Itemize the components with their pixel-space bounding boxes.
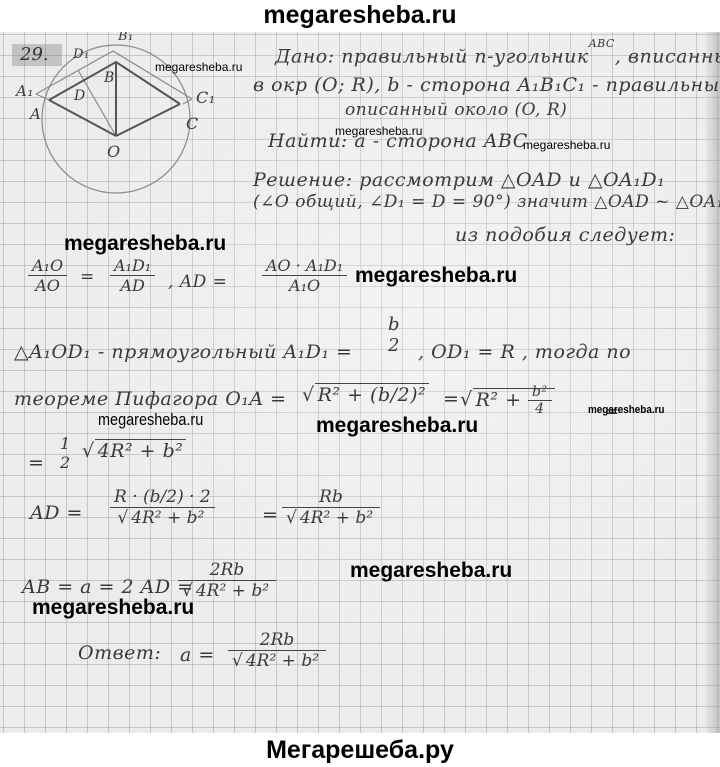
- triangle-line-suffix: , OD₁ = R , тогда по: [418, 341, 631, 363]
- label-o: O: [107, 142, 121, 161]
- ad-ratio: AO · A₁D₁A₁O: [262, 256, 347, 295]
- segment-oc: [116, 104, 180, 136]
- ad-line-equals: =: [262, 504, 278, 526]
- site-name: megaresheba.ru: [263, 1, 456, 29]
- sqrt-expression-1: √R² + (b/2)²: [302, 384, 429, 406]
- given-line-2: в окр (O; R), b - сторона A₁B₁C₁ - прави…: [253, 74, 720, 96]
- solution-line-1: Решение: рассмотрим △OAD и △OA₁D₁: [253, 169, 665, 191]
- watermark: megaresheba.ru: [350, 559, 512, 583]
- label-d: D: [74, 88, 86, 104]
- label-b: B: [104, 70, 115, 86]
- ad-line-label: AD =: [30, 502, 83, 524]
- site-header-banner: megaresheba.ru: [0, 0, 720, 32]
- ratio-lhs: A₁OAO: [28, 256, 67, 295]
- watermark: megaresheba.ru: [588, 404, 664, 416]
- label-d1: D₁: [73, 47, 90, 62]
- watermark: megaresheba.ru: [64, 232, 226, 256]
- solution-line-2: (∠O общий, ∠D₁ = D = 90°) значит △OAD ~ …: [253, 192, 720, 212]
- ab-fraction: 2Rb√4R² + b²: [178, 560, 276, 601]
- answer-expression: a =: [180, 644, 215, 666]
- given-line-3: описанный около (O, R): [345, 100, 567, 120]
- watermark: megaresheba.ru: [155, 60, 242, 74]
- ad-label: , AD =: [168, 272, 227, 292]
- half-root-sqrt: √4R² + b²: [82, 440, 186, 462]
- label-a1: A₁: [16, 82, 34, 100]
- ad-fraction-2: Rb√4R² + b²: [282, 487, 380, 528]
- solution-line-3: из подобия следует:: [455, 224, 675, 246]
- watermark: megaresheba.ru: [523, 138, 610, 152]
- answer-label: Ответ:: [78, 642, 161, 664]
- paper-edge: [706, 32, 720, 733]
- pythagoras-equals: =: [443, 388, 459, 410]
- site-footer-banner: Мегарешеба.ру: [0, 733, 720, 767]
- watermark: megaresheba.ru: [355, 264, 517, 288]
- watermark: megaresheba.ru: [316, 414, 478, 438]
- watermark: megaresheba.ru: [98, 410, 203, 430]
- half-b-fraction: b2: [384, 314, 404, 356]
- site-name-cyrillic: Мегарешеба.ру: [266, 736, 454, 764]
- label-c: C: [186, 114, 199, 133]
- label-b1: B₁: [118, 32, 134, 44]
- watermark: megaresheba.ru: [32, 596, 194, 620]
- label-a: A: [30, 105, 41, 123]
- ab-line-label: AB = a = 2 AD =: [22, 576, 194, 598]
- watermark: megaresheba.ru: [335, 124, 422, 138]
- ratio-rhs: A₁D₁AD: [110, 256, 155, 295]
- half-root-equals: =: [28, 452, 44, 474]
- equals-sign: =: [80, 267, 95, 287]
- ad-fraction-1: R · (b/2) · 2√4R² + b²: [110, 487, 215, 528]
- answer-fraction: 2Rb√4R² + b²: [228, 630, 326, 671]
- label-c1: C₁: [196, 88, 216, 107]
- given-line-1: Дано: правильный n-угольникABC, вписанны…: [275, 45, 720, 67]
- pythagoras-prefix: теореме Пифагора O₁A =: [14, 388, 287, 410]
- one-half-fraction: 12: [56, 434, 74, 472]
- notebook-page: 29. B₁ D₁ B D A₁ A C₁ C O Дано: правильн…: [0, 32, 720, 733]
- triangle-line-prefix: △A₁OD₁ - прямоугольный A₁D₁ =: [14, 341, 352, 363]
- sqrt-expression-2: √R² + b²4: [460, 384, 555, 417]
